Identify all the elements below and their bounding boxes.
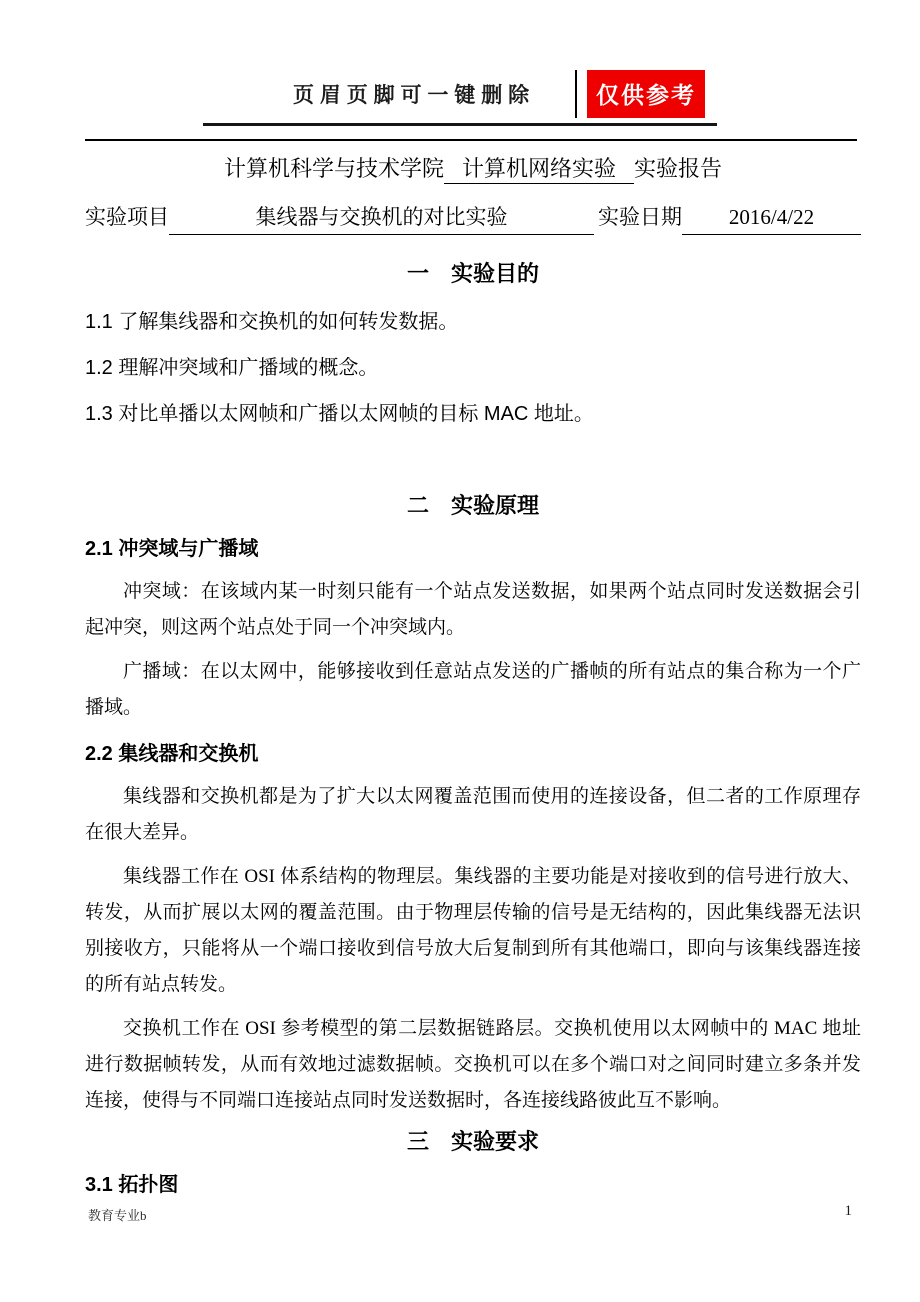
school-name: 计算机科学与技术学院 [224, 156, 444, 181]
header-row: 页眉页脚可一键删除 仅供参考 [203, 70, 717, 126]
page-number: 1 [845, 1203, 853, 1220]
subsection-heading-domains: 2.1 冲突域与广播域 [85, 536, 861, 563]
report-label: 实验报告 [634, 156, 722, 181]
project-label: 实验项目 [85, 202, 169, 232]
horizontal-rule [85, 139, 857, 141]
page-header: 页眉页脚可一键删除 仅供参考 [0, 70, 920, 126]
paragraph-broadcast-domain: 广播域：在以太网中，能够接收到任意站点发送的广播帧的所有站点的集合称为一个广播域… [85, 654, 861, 726]
course-name: 计算机网络实验 [444, 156, 634, 184]
paragraph-collision-domain: 冲突域：在该域内某一时刻只能有一个站点发送数据，如果两个站点同时发送数据会引起冲… [85, 574, 861, 646]
reference-badge: 仅供参考 [587, 70, 705, 118]
document-title: 计算机科学与技术学院计算机网络实验实验报告 [85, 153, 861, 185]
document-page: 页眉页脚可一键删除 仅供参考 计算机科学与技术学院计算机网络实验实验报告 实验项… [0, 0, 920, 1302]
section-heading-principle: 二 实验原理 [85, 491, 861, 521]
experiment-meta-row: 实验项目 集线器与交换机的对比实验 实验日期 2016/4/22 [85, 202, 861, 235]
footer-note: 教育专业b [88, 1205, 147, 1224]
date-value: 2016/4/22 [682, 202, 861, 235]
subsection-heading-hub-switch: 2.2 集线器和交换机 [85, 741, 861, 768]
project-value: 集线器与交换机的对比实验 [169, 202, 594, 235]
purpose-item-1: 1.1 了解集线器和交换机的如何转发数据。 [85, 309, 861, 335]
purpose-item-3: 1.3 对比单播以太网帧和广播以太网帧的目标 MAC 地址。 [85, 401, 861, 427]
subsection-heading-topology: 3.1 拓扑图 [85, 1172, 861, 1199]
paragraph-hub-switch-intro: 集线器和交换机都是为了扩大以太网覆盖范围而使用的连接设备，但二者的工作原理存在很… [85, 779, 861, 851]
purpose-item-2: 1.2 理解冲突域和广播域的概念。 [85, 355, 861, 381]
paragraph-switch-detail: 交换机工作在 OSI 参考模型的第二层数据链路层。交换机使用以太网帧中的 MAC… [85, 1011, 861, 1119]
section-heading-requirement: 三 实验要求 [85, 1127, 861, 1157]
section-heading-purpose: 一 实验目的 [85, 259, 861, 289]
paragraph-hub-detail: 集线器工作在 OSI 体系结构的物理层。集线器的主要功能是对接收到的信号进行放大… [85, 859, 861, 1003]
header-vertical-divider [575, 70, 577, 118]
document-body: 计算机科学与技术学院计算机网络实验实验报告 实验项目 集线器与交换机的对比实验 … [85, 153, 861, 1199]
header-note: 页眉页脚可一键删除 [293, 79, 575, 109]
date-label: 实验日期 [598, 202, 682, 232]
